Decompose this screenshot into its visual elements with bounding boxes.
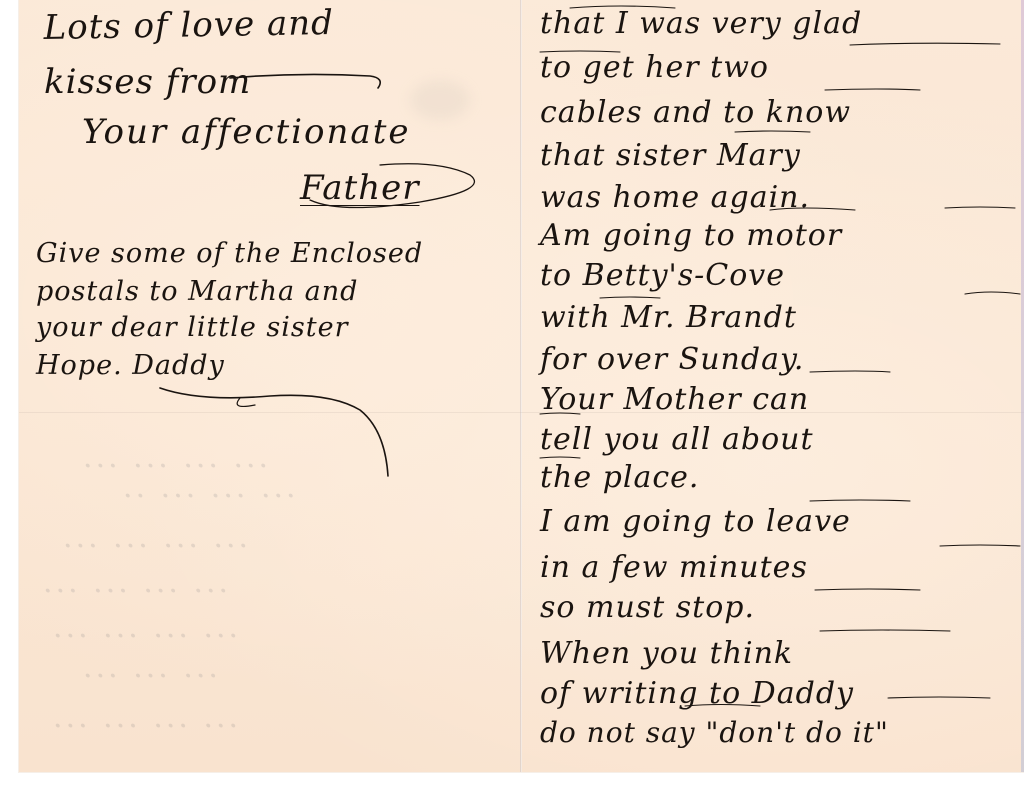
- letter-line: of writing to Daddy: [540, 676, 854, 711]
- paper-stain: [410, 80, 470, 120]
- postscript-signature: Hope. Daddy: [36, 350, 225, 381]
- postscript-line: your dear little sister: [36, 312, 349, 343]
- closing-line: kisses from: [44, 62, 251, 102]
- bleed-line: ... ... ... ...: [50, 610, 238, 645]
- horizontal-fold-crease: [19, 412, 1024, 413]
- letter-line: tell you all about: [540, 422, 814, 457]
- letter-line: in a few minutes: [540, 550, 808, 585]
- letter-line: cables and to know: [540, 95, 851, 130]
- letter-line: Am going to motor: [540, 218, 842, 253]
- letter-line: that I was very glad: [540, 6, 862, 41]
- letter-line: for over Sunday.: [540, 342, 804, 377]
- letter-line: I am going to leave: [540, 504, 851, 539]
- letter-line: so must stop.: [540, 590, 755, 625]
- bleed-line: ... ... ... ...: [60, 520, 248, 555]
- letter-line: to get her two: [540, 50, 769, 85]
- bleed-line: ... ... ... ...: [50, 700, 238, 735]
- closing-line: Your affectionate: [82, 112, 410, 152]
- letter-line: to Betty's-Cove: [540, 258, 785, 293]
- letter-line: that sister Mary: [540, 138, 801, 173]
- page-fold-line: [520, 0, 522, 772]
- postscript-line: postals to Martha and: [36, 276, 358, 307]
- signature-father: Father: [300, 168, 420, 208]
- letter-line: do not say "don't do it": [540, 716, 889, 749]
- postscript-line: Give some of the Enclosed: [36, 238, 423, 269]
- letter-line: was home again.: [540, 180, 810, 215]
- bleed-line: ... ... ...: [80, 650, 218, 685]
- closing-line: Lots of love and: [43, 3, 334, 48]
- bleed-line: ... ... ... ...: [40, 565, 228, 600]
- letter-line: Your Mother can: [540, 382, 809, 417]
- bleed-line: ... ... ... ..: [120, 470, 296, 505]
- letter-line: with Mr. Brandt: [540, 300, 797, 335]
- letter-line: When you think: [540, 636, 793, 671]
- letter-line: the place.: [540, 460, 699, 495]
